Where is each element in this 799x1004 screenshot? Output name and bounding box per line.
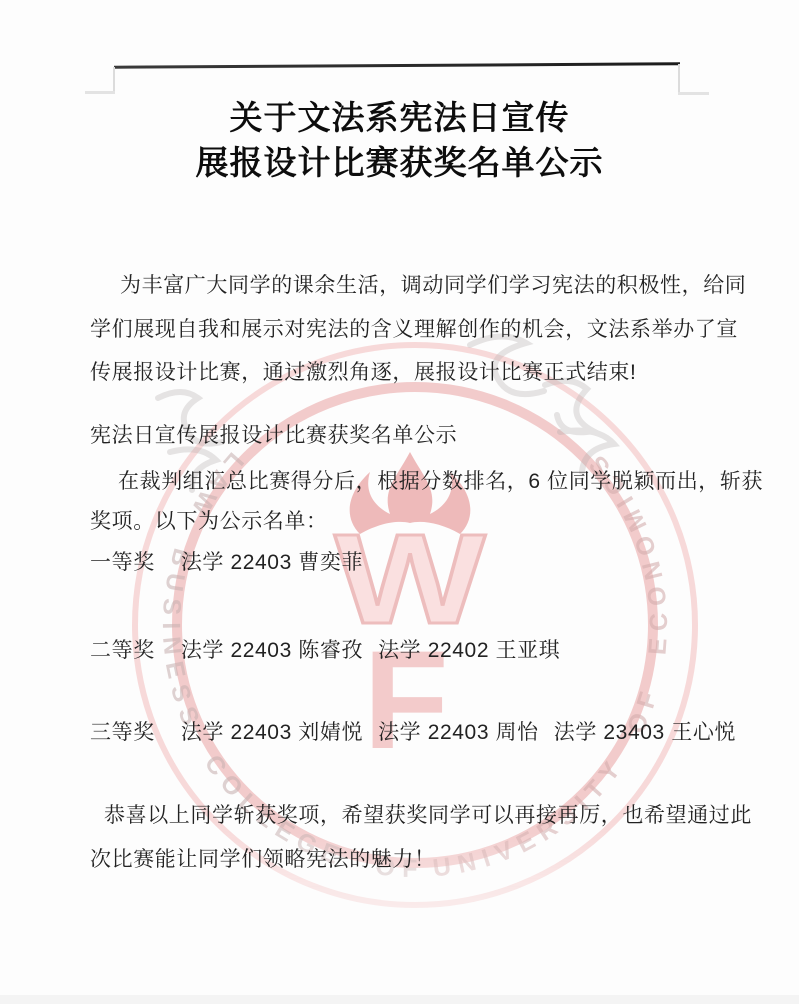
award-rank: 二等奖: [90, 639, 155, 662]
award-winner: 法学 22403 陈睿孜: [181, 639, 363, 662]
paper-fold-mark-right: [678, 64, 680, 94]
intro-line: 学们展现自我和展示对宪法的含义理解创作的机会，文法系举办了宣: [90, 313, 738, 343]
section-heading: 宪法日宣传展报设计比赛获奖名单公示: [90, 419, 457, 449]
document-title-line-2: 展报设计比赛获奖名单公示: [0, 140, 799, 185]
award-rank: 一等奖: [90, 551, 155, 574]
award-winner: 法学 22402 王亚琪: [378, 639, 560, 662]
award-rank: 三等奖: [90, 721, 155, 744]
document-page: LAW BUSINESS COLLEGE OF UNIVERSITY OF EC…: [0, 0, 799, 1004]
seal-inner-ring: [177, 387, 653, 863]
result-line: 奖项。以下为公示名单：: [90, 505, 328, 535]
scan-shadow-bottom: [0, 995, 799, 1004]
intro-line: 为丰富广大同学的课余生活，调动同学们学习宪法的积极性，给同: [120, 269, 746, 299]
seal-monogram-w: W: [334, 507, 485, 650]
award-row-first-prize: 一等奖法学 22403 曹奕菲: [90, 546, 378, 576]
paper-fold-mark-left-2: [85, 91, 115, 94]
paper-fold-mark-left: [113, 67, 115, 93]
award-winner: 法学 22403 曹奕菲: [181, 551, 363, 574]
award-row-second-prize: 二等奖法学 22403 陈睿孜法学 22402 王亚琪: [90, 634, 575, 664]
document-title-line-1: 关于文法系宪法日宣传: [0, 95, 799, 140]
award-winner: 法学 22403 周怡: [378, 721, 539, 744]
intro-line: 传展报设计比赛，通过激烈角逐，展报设计比赛正式结束!: [90, 356, 636, 386]
result-line: 在裁判组汇总比赛得分后，根据分数排名，6 位同学脱颖而出，斩获: [118, 465, 763, 495]
award-winner: 法学 23403 王心悦: [554, 721, 736, 744]
document-title: 关于文法系宪法日宣传 展报设计比赛获奖名单公示: [0, 95, 799, 185]
closing-line: 恭喜以上同学斩获奖项，希望获奖同学可以再接再厉，也希望通过此: [104, 799, 752, 829]
award-row-third-prize: 三等奖法学 22403 刘婧悦法学 22403 周怡法学 23403 王心悦: [90, 716, 751, 746]
paper-top-edge: [114, 62, 680, 68]
closing-line: 次比赛能让同学们领略宪法的魅力！: [90, 843, 436, 873]
award-winner: 法学 22403 刘婧悦: [181, 721, 363, 744]
